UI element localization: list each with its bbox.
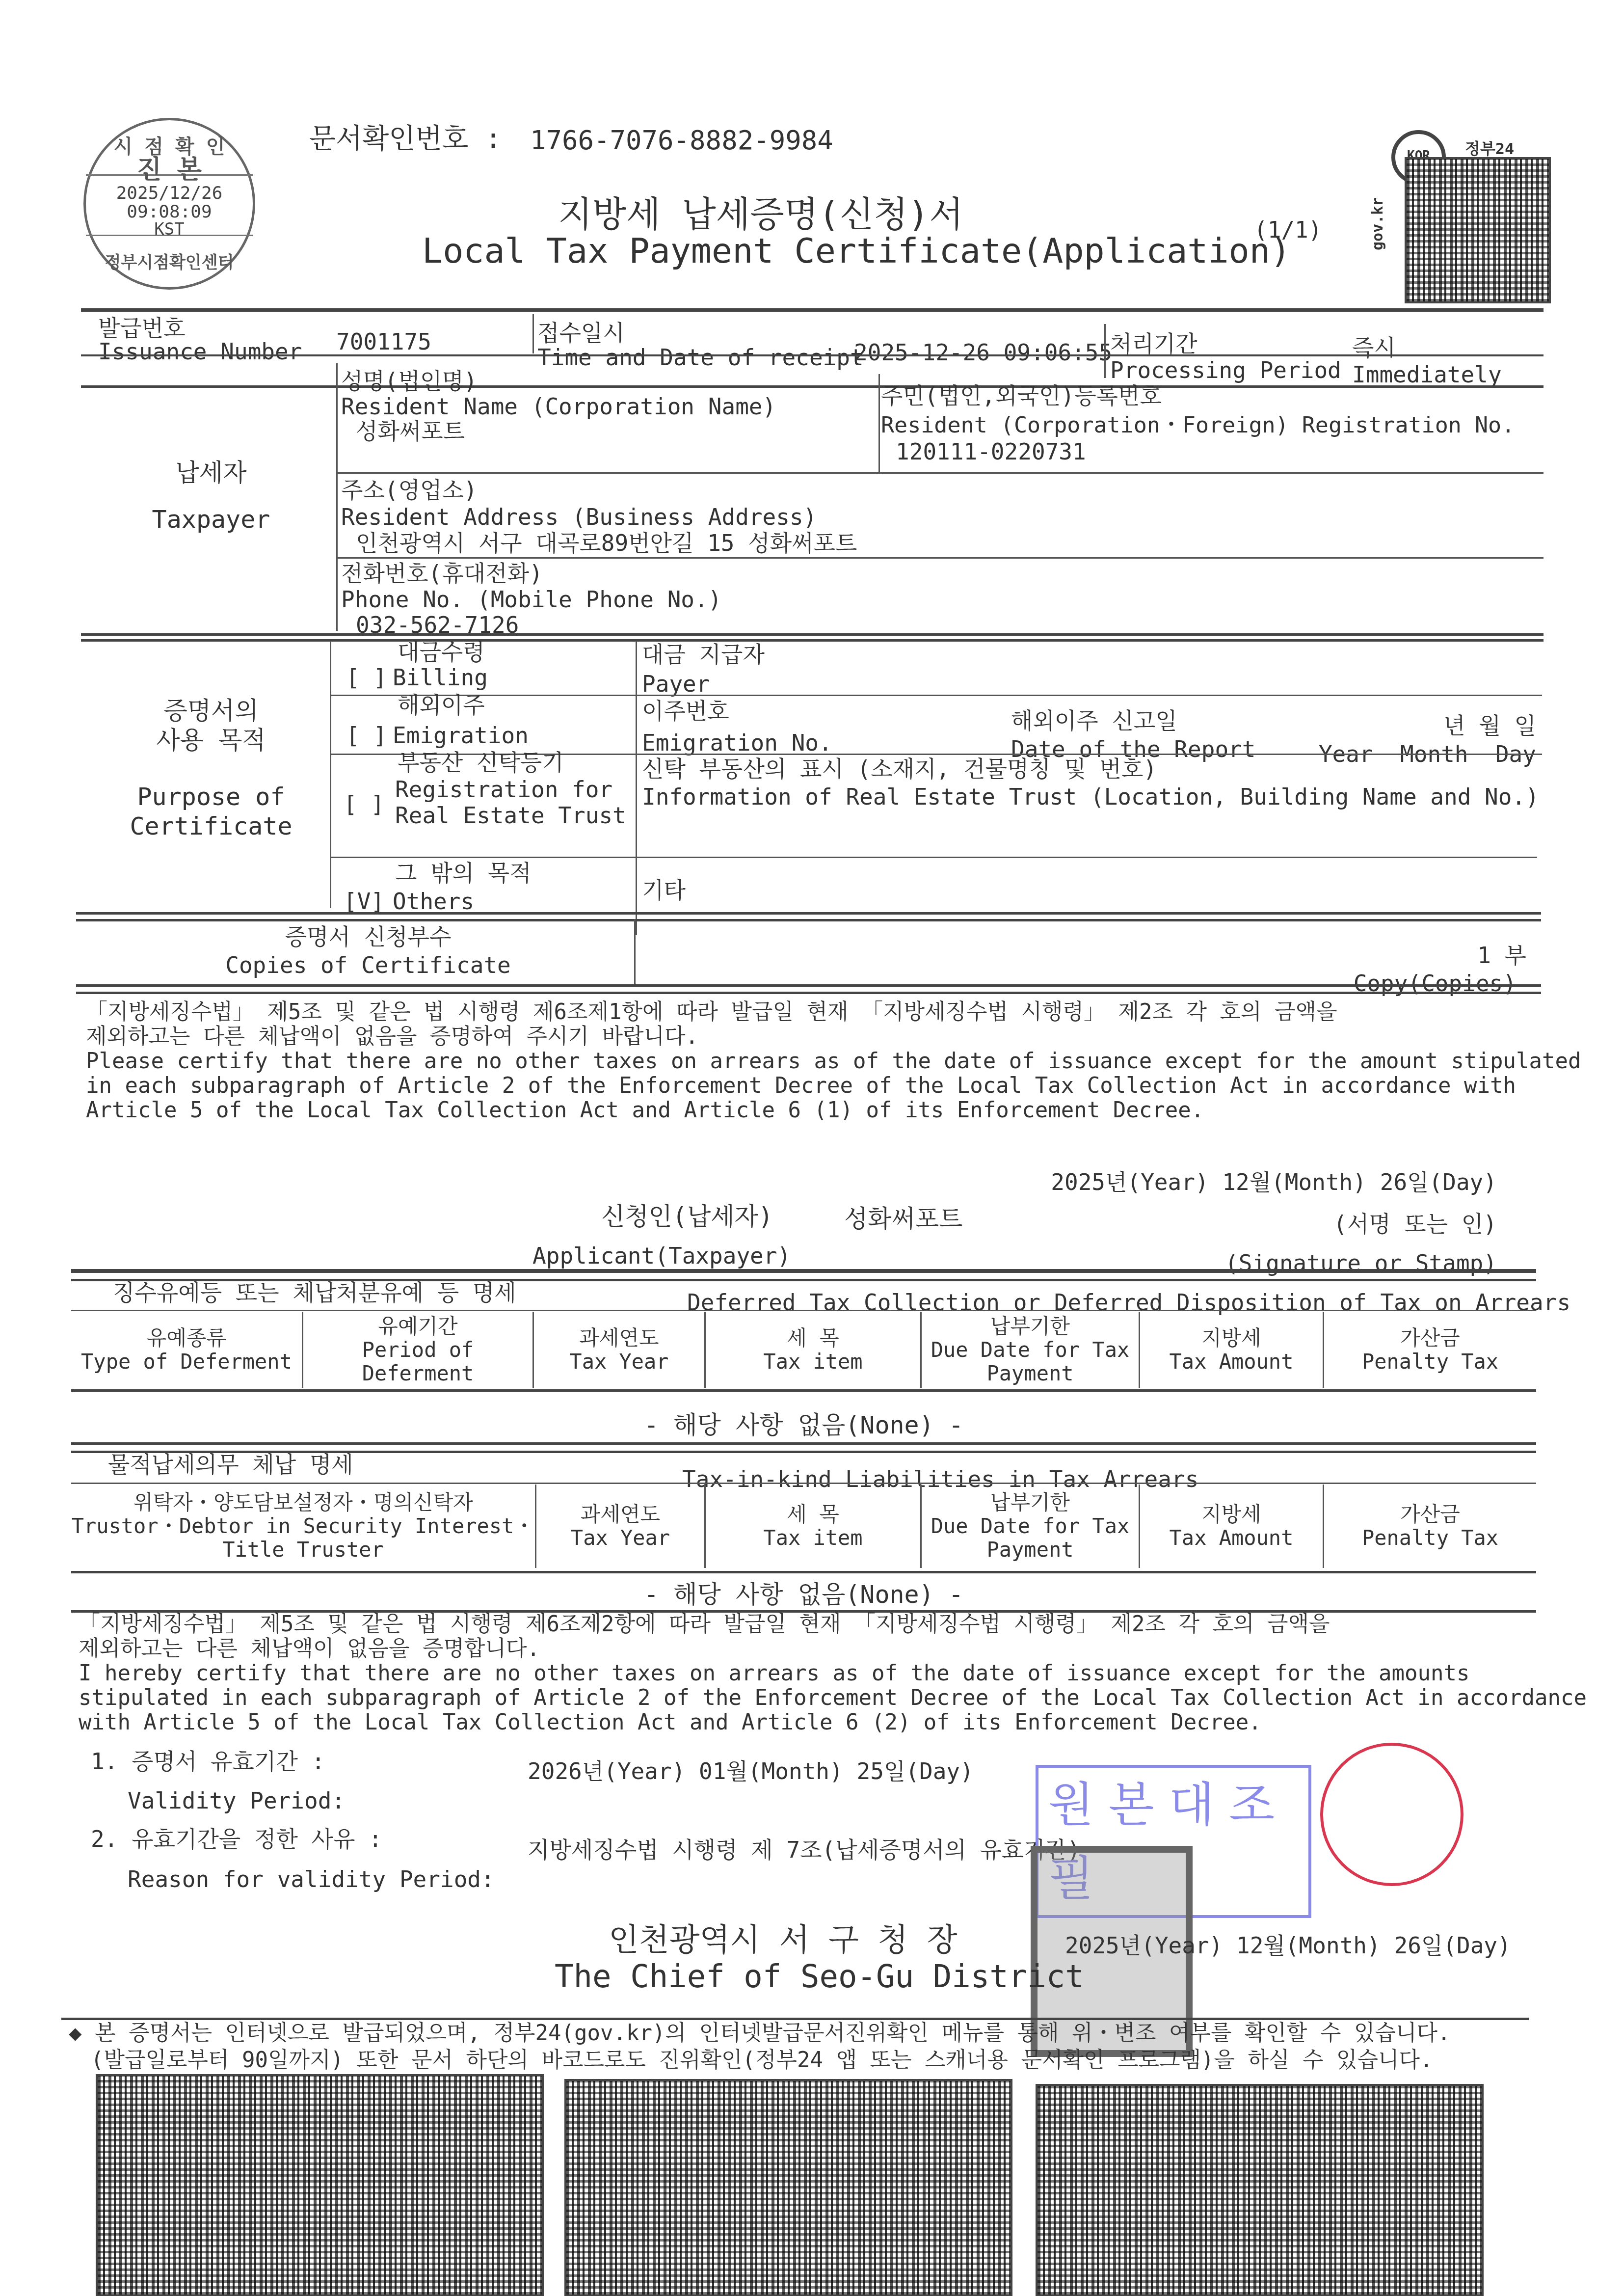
others-checkbox[interactable]: [V] bbox=[344, 888, 384, 915]
address-label-en: Resident Address (Business Address) bbox=[341, 503, 817, 531]
name-label-en: Resident Name (Corporation Name) bbox=[341, 393, 776, 420]
applicant-date: 2025년(Year) 12월(Month) 26일(Day) bbox=[932, 1168, 1497, 1196]
in-kind-column-en: Penalty Tax bbox=[1324, 1526, 1536, 1550]
deferred-column-ko: 지방세 bbox=[1140, 1326, 1323, 1350]
in-kind-column-en: Due Date for Tax Payment bbox=[922, 1514, 1139, 1562]
trust-en-2: Real Estate Trust bbox=[395, 802, 626, 829]
deferred-title-ko: 징수유예등 또는 체납처분유예 등 명세 bbox=[113, 1279, 516, 1306]
issuer-name-ko: 인천광역시 서 구 청 장 bbox=[609, 1915, 958, 1960]
trust-checkbox[interactable]: [ ] bbox=[344, 790, 384, 818]
deferred-column-en: Tax Year bbox=[534, 1350, 704, 1374]
receipt-label-ko: 접수일시 bbox=[537, 319, 625, 347]
request-statement-en-3: Article 5 of the Local Tax Collection Ac… bbox=[86, 1097, 1204, 1124]
in-kind-column-ko: 과세연도 bbox=[536, 1503, 704, 1526]
in-kind-column-ko: 납부기한 bbox=[922, 1491, 1139, 1514]
name-value: 성화써포트 bbox=[356, 417, 465, 445]
address-label-ko: 주소(영업소) bbox=[341, 476, 478, 504]
title-korean: 지방세 납세증명(신청)서 bbox=[393, 186, 1129, 237]
applicant-name: 성화써포트 bbox=[844, 1205, 963, 1233]
purpose-section-ko-2: 사용 목적 bbox=[83, 727, 339, 754]
receipt-label-en: Time and Date of receipt bbox=[537, 344, 864, 371]
verification-barcode-3 bbox=[1036, 2084, 1484, 2296]
certify-statement-ko-2: 제외하고는 다른 체납액이 없음을 증명합니다. bbox=[79, 1636, 540, 1662]
in-kind-empty: - 해당 사항 없음(None) - bbox=[71, 1581, 1536, 1608]
receipt-datetime: 2025-12-26 09:06:55 bbox=[854, 339, 1112, 366]
billing-ko: 대금수령 bbox=[398, 638, 485, 666]
registration-number: 120111-0220731 bbox=[896, 438, 1086, 465]
in-kind-title-ko: 물적납세의무 체납 명세 bbox=[108, 1451, 353, 1478]
page-indicator: (1/1) bbox=[1254, 216, 1322, 243]
validity-value: 2026년(Year) 01월(Month) 25일(Day) bbox=[528, 1757, 974, 1785]
seal-time: 09:08:09 bbox=[86, 202, 253, 222]
reason-label-en: Reason for validity Period: bbox=[128, 1865, 495, 1893]
request-statement-en-1: Please certify that there are no other t… bbox=[86, 1048, 1581, 1075]
issuance-number-label-en: Issuance Number bbox=[98, 338, 302, 365]
certify-statement-en-1: I hereby certify that there are no other… bbox=[79, 1660, 1469, 1687]
issue-date: 2025년(Year) 12월(Month) 26일(Day) bbox=[1065, 1932, 1511, 1959]
time-verification-seal: 시 점 확 인 진 본 2025/12/26 09:08:09 KST 정부시점… bbox=[83, 118, 255, 290]
deferred-column-en: Type of Deferment bbox=[71, 1350, 302, 1374]
registration-label-en: Resident (Corporation・Foreign) Registrat… bbox=[881, 411, 1515, 439]
request-statement-ko-2: 제외하고는 다른 체납액이 없음을 증명하여 주시기 바랍니다. bbox=[86, 1024, 698, 1050]
certify-statement-ko-1: 「지방세징수법」 제5조 및 같은 법 시행령 제6조제2항에 따라 발급일 현… bbox=[79, 1611, 1330, 1638]
in-kind-table-header: 위탁자・양도담보설정자・명의신탁자Trustor・Debtor in Secur… bbox=[71, 1485, 1536, 1568]
trust-info-ko: 신탁 부동산의 표시 (소재지, 건물명칭 및 번호) bbox=[642, 755, 1157, 783]
emigration-en: Emigration bbox=[393, 722, 529, 749]
processing-label-en: Processing Period bbox=[1110, 356, 1341, 384]
gov24-label: 정부24 bbox=[1465, 136, 1514, 159]
seal-date: 2025/12/26 bbox=[86, 183, 253, 203]
taxpayer-section-ko: 납세자 bbox=[83, 459, 339, 486]
purpose-section-ko-1: 증명서의 bbox=[83, 697, 339, 725]
emigration-ko: 해외이주 bbox=[398, 691, 485, 719]
request-statement-en-2: in each subparagraph of Article 2 of the… bbox=[86, 1073, 1516, 1099]
deferred-column-header: 유예종류Type of Deferment bbox=[71, 1312, 302, 1388]
in-kind-column-ko: 지방세 bbox=[1140, 1503, 1323, 1526]
seal-timezone: KST bbox=[86, 219, 253, 239]
deferred-empty: - 해당 사항 없음(None) - bbox=[71, 1411, 1536, 1439]
in-kind-column-header: 세 목Tax item bbox=[704, 1485, 920, 1568]
emigration-checkbox[interactable]: [ ] bbox=[346, 722, 387, 749]
official-red-seal-icon bbox=[1320, 1743, 1463, 1886]
deferred-column-ko: 유예종류 bbox=[71, 1326, 302, 1350]
in-kind-column-en: Tax Year bbox=[536, 1526, 704, 1550]
title-english: Local Tax Payment Certificate(Applicatio… bbox=[422, 231, 1291, 271]
taxpayer-section-en: Taxpayer bbox=[83, 506, 339, 533]
deferred-column-header: 지방세Tax Amount bbox=[1139, 1312, 1323, 1388]
doc-check-number: 1766-7076-8882-9984 bbox=[530, 127, 833, 154]
deferred-column-en: Due Date for Tax Payment bbox=[922, 1338, 1139, 1385]
in-kind-column-en: Tax item bbox=[706, 1526, 920, 1550]
deferred-column-ko: 세 목 bbox=[706, 1326, 920, 1350]
copies-label-ko: 증명서 신청부수 bbox=[147, 923, 589, 950]
verification-barcode-2 bbox=[564, 2079, 1012, 2296]
applicant-label-en: Applicant(Taxpayer) bbox=[532, 1242, 791, 1270]
issuance-number: 7001175 bbox=[336, 328, 431, 355]
deferred-column-header: 세 목Tax item bbox=[704, 1312, 920, 1388]
deferred-column-en: Period of Deferment bbox=[303, 1338, 532, 1385]
trust-en-1: Registration for bbox=[395, 776, 612, 803]
in-kind-column-ko: 위탁자・양도담보설정자・명의신탁자 bbox=[71, 1491, 535, 1514]
reason-label-ko: 2. 유효기간을 정한 사유 : bbox=[91, 1825, 382, 1853]
deferred-column-en: Tax item bbox=[706, 1350, 920, 1374]
in-kind-column-header: 가산금Penalty Tax bbox=[1323, 1485, 1536, 1568]
certify-statement-en-3: with Article 5 of the Local Tax Collecti… bbox=[79, 1709, 1262, 1736]
in-kind-column-en: Trustor・Debtor in Security Interest・Titl… bbox=[71, 1514, 535, 1562]
processing-value-ko: 즉시 bbox=[1352, 334, 1396, 361]
deferred-column-ko: 가산금 bbox=[1324, 1326, 1536, 1350]
billing-checkbox[interactable]: [ ] bbox=[346, 664, 387, 691]
deferred-column-en: Penalty Tax bbox=[1324, 1350, 1536, 1374]
others-value: 기타 bbox=[642, 876, 686, 904]
others-en: Others bbox=[393, 888, 474, 915]
deferred-column-ko: 유예기간 bbox=[303, 1315, 532, 1338]
emigration-no-en: Emigration No. bbox=[642, 729, 832, 756]
deferred-column-header: 가산금Penalty Tax bbox=[1323, 1312, 1536, 1388]
in-kind-column-ko: 세 목 bbox=[706, 1503, 920, 1526]
payer-ko: 대금 지급자 bbox=[642, 641, 765, 668]
copies-label-en: Copies of Certificate bbox=[147, 951, 589, 979]
registration-label-ko: 주민(법인,외국인)등록번호 bbox=[881, 382, 1162, 409]
request-statement-ko-1: 「지방세징수법」 제5조 및 같은 법 시행령 제6조제1항에 따라 발급일 현… bbox=[86, 999, 1337, 1026]
purpose-section-en-2: Certificate bbox=[83, 812, 339, 840]
reason-value: 지방세징수법 시행령 제 7조(납세증명서의 유효기간) bbox=[528, 1836, 1081, 1864]
footer-note-2: (발급일로부터 90일까지) 또한 문서 하단의 바코드로도 진위확인(정부24… bbox=[91, 2047, 1433, 2074]
deferred-column-header: 유예기간Period of Deferment bbox=[302, 1312, 532, 1388]
phone-label-ko: 전화번호(휴대전화) bbox=[341, 560, 543, 587]
billing-en: Billing bbox=[393, 664, 488, 691]
validity-label-ko: 1. 증명서 유효기간 : bbox=[91, 1748, 325, 1775]
issuer-name-en: The Chief of Seo-Gu District bbox=[555, 1959, 1084, 1995]
doc-check-label: 문서확인번호 : bbox=[309, 125, 502, 153]
signature-ko: (서명 또는 인) bbox=[1227, 1210, 1497, 1238]
others-ko: 그 밖의 목적 bbox=[395, 859, 532, 887]
certify-statement-en-2: stipulated in each subparagraph of Artic… bbox=[79, 1685, 1587, 1711]
applicant-label-ko: 신청인(납세자) bbox=[601, 1203, 773, 1230]
payer-en: Payer bbox=[642, 670, 710, 698]
phone-label-en: Phone No. (Mobile Phone No.) bbox=[341, 586, 721, 613]
gov24-2d-barcode bbox=[1405, 157, 1551, 303]
name-label-ko: 성명(법인명) bbox=[341, 367, 478, 395]
deferred-column-header: 납부기한Due Date for Tax Payment bbox=[920, 1312, 1139, 1388]
seal-bottom-text: 정부시점확인센터 bbox=[86, 249, 253, 273]
processing-value-en: Immediately bbox=[1352, 361, 1502, 388]
validity-label-en: Validity Period: bbox=[128, 1787, 345, 1814]
deferred-column-ko: 납부기한 bbox=[922, 1315, 1139, 1338]
processing-label-ko: 처리기간 bbox=[1110, 330, 1197, 357]
deferred-column-ko: 과세연도 bbox=[534, 1326, 704, 1350]
deferred-column-en: Tax Amount bbox=[1140, 1350, 1323, 1374]
deferred-column-header: 과세연도Tax Year bbox=[532, 1312, 704, 1388]
in-kind-column-header: 납부기한Due Date for Tax Payment bbox=[920, 1485, 1139, 1568]
report-date-ymd-ko: 년 월 일 bbox=[1325, 712, 1536, 739]
in-kind-column-en: Tax Amount bbox=[1140, 1526, 1323, 1550]
footer-note-1: ◆ 본 증명서는 인터넷으로 발급되었으며, 정부24(gov.kr)의 인터넷… bbox=[69, 2020, 1450, 2047]
seal-center-text: 진 본 bbox=[86, 149, 253, 186]
in-kind-column-ko: 가산금 bbox=[1324, 1503, 1536, 1526]
gov-kr-label: gov.kr bbox=[1369, 197, 1386, 250]
purpose-section-en-1: Purpose of bbox=[83, 783, 339, 810]
copies-value-ko: 1 부 bbox=[1276, 942, 1526, 969]
in-kind-column-header: 위탁자・양도담보설정자・명의신탁자Trustor・Debtor in Secur… bbox=[71, 1485, 535, 1568]
in-kind-column-header: 지방세Tax Amount bbox=[1139, 1485, 1323, 1568]
trust-ko: 부동산 신탁등기 bbox=[398, 749, 564, 776]
report-date-ko: 해외이주 신고일 bbox=[1011, 707, 1177, 734]
emigration-no-ko: 이주번호 bbox=[642, 697, 729, 725]
address-value: 인천광역시 서구 대곡로89번안길 15 성화써포트 bbox=[356, 529, 857, 557]
deferred-table-header: 유예종류Type of Deferment유예기간Period of Defer… bbox=[71, 1312, 1536, 1388]
in-kind-column-header: 과세연도Tax Year bbox=[535, 1485, 704, 1568]
verification-barcode-1 bbox=[96, 2074, 544, 2296]
trust-info-en: Information of Real Estate Trust (Locati… bbox=[642, 783, 1539, 810]
